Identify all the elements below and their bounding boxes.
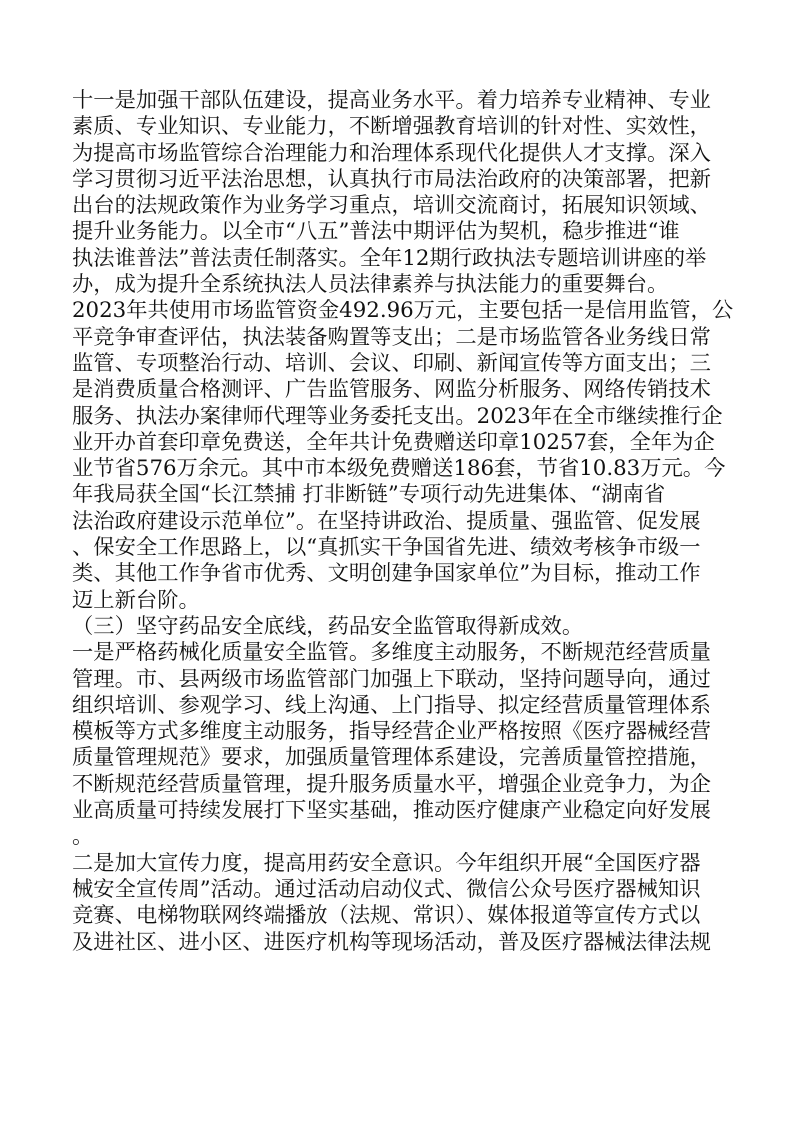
- text-line: 竞赛、电梯物联网终端播放（法规、常识）、媒体报道等宣传方式以: [72, 903, 717, 929]
- text-line: 业开办首套印章免费送，全年共计免费赠送印章10257套，全年为企: [72, 430, 717, 456]
- text-line: 监管、专项整治行动、培训、会议、印刷、新闻宣传等方面支出；三: [72, 351, 717, 377]
- text-line: 法治政府建设示范单位”。在坚持讲政治、提质量、强监管、促发展: [72, 509, 717, 535]
- text-line: 素质、专业知识、专业能力，不断增强教育培训的针对性、实效性，: [72, 114, 717, 140]
- text-line: 服务、执法办案律师代理等业务委托支出。2023年在全市继续推行企: [72, 404, 717, 430]
- text-line: 。: [72, 824, 717, 850]
- text-line: 类、其他工作争省市优秀、文明创建争国家单位”为目标，推动工作: [72, 561, 717, 587]
- text-line: 提升业务能力。以全市“八五”普法中期评估为契机，稳步推进“谁: [72, 219, 717, 245]
- text-line: 、保安全工作思路上，以“真抓实干争国省先进、绩效考核争市级一: [72, 535, 717, 561]
- paragraph-quality-supervision: 一是严格药械化质量安全监管。多维度主动服务，不断规范经营质量 管理。市、县两级市…: [72, 640, 717, 850]
- text-line: 学习贯彻习近平法治思想，认真执行市局法治政府的决策部署，把新: [72, 167, 717, 193]
- text-line: 年我局获全国“长江禁捕 打非断链”专项行动先进集体、“湖南省: [72, 482, 717, 508]
- text-line: 及进社区、进小区、进医疗机构等现场活动，普及医疗器械法律法规: [72, 930, 717, 956]
- section-heading-drug-safety: （三）坚守药品安全底线，药品安全监管取得新成效。: [72, 614, 717, 640]
- text-line: 械安全宣传周”活动。通过活动启动仪式、微信公众号医疗器械知识: [72, 877, 717, 903]
- paragraph-funding-2023: 2023年共使用市场监管资金492.96万元，主要包括一是信用监管，公 平竞争审…: [72, 298, 717, 614]
- text-line: 十一是加强干部队伍建设，提高业务水平。着力培养专业精神、专业: [72, 88, 717, 114]
- text-line: 一是严格药械化质量安全监管。多维度主动服务，不断规范经营质量: [72, 640, 717, 666]
- text-line: 办，成为提升全系统执法人员法律素养与执法能力的重要舞台。: [72, 272, 717, 298]
- text-line: 组织培训、参观学习、线上沟通、上门指导、拟定经营质量管理体系: [72, 693, 717, 719]
- text-line: 不断规范经营质量管理，提升服务质量水平，增强企业竞争力，为企: [72, 772, 717, 798]
- text-line: 出台的法规政策作为业务学习重点，培训交流商讨，拓展知识领域、: [72, 193, 717, 219]
- text-line: 管理。市、县两级市场监管部门加强上下联动，坚持问题导向，通过: [72, 667, 717, 693]
- text-line: 2023年共使用市场监管资金492.96万元，主要包括一是信用监管，公: [72, 298, 717, 324]
- text-line: 为提高市场监管综合治理能力和治理体系现代化提供人才支撑。深入: [72, 141, 717, 167]
- paragraph-cadre-training: 十一是加强干部队伍建设，提高业务水平。着力培养专业精神、专业 素质、专业知识、专…: [72, 88, 717, 298]
- text-line: 质量管理规范》要求，加强质量管理体系建设，完善质量管控措施，: [72, 745, 717, 771]
- text-line: 业节省576万余元。其中市本级免费赠送186套，节省10.83万元。今: [72, 456, 717, 482]
- text-line: 二是加大宣传力度，提高用药安全意识。今年组织开展“全国医疗器: [72, 851, 717, 877]
- document-page: 十一是加强干部队伍建设，提高业务水平。着力培养专业精神、专业 素质、专业知识、专…: [72, 88, 717, 956]
- text-line: 业高质量可持续发展打下坚实基础，推动医疗健康产业稳定向好发展: [72, 798, 717, 824]
- text-line: 是消费质量合格测评、广告监管服务、网监分析服务、网络传销技术: [72, 377, 717, 403]
- text-line: 模板等方式多维度主动服务，指导经营企业严格按照《医疗器械经营: [72, 719, 717, 745]
- text-line: 平竞争审查评估，执法装备购置等支出；二是市场监管各业务线日常: [72, 325, 717, 351]
- paragraph-publicity: 二是加大宣传力度，提高用药安全意识。今年组织开展“全国医疗器 械安全宣传周”活动…: [72, 851, 717, 956]
- text-line: 迈上新台阶。: [72, 588, 717, 614]
- section-heading: （三）坚守药品安全底线，药品安全监管取得新成效。: [72, 614, 717, 640]
- text-line: 执法谁普法”普法责任制落实。全年12期行政执法专题培训讲座的举: [72, 246, 717, 272]
